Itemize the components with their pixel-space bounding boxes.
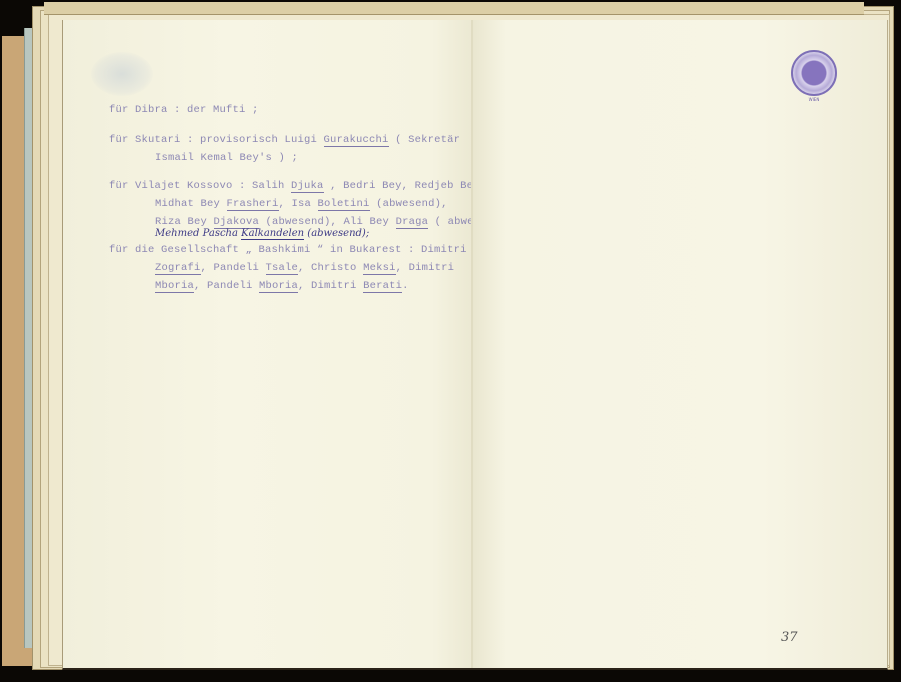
line-suffix: (abwesend),	[370, 198, 448, 210]
line-text: Riza Bey	[155, 216, 214, 228]
line-text: , Pandeli	[201, 262, 266, 274]
line-skutari-1: für Skutari : provisorisch Luigi Gurakuc…	[109, 134, 460, 146]
line-text: Salih	[252, 180, 291, 192]
line-mid: (abwesend), Ali Bey	[259, 216, 396, 228]
line-kossovo-2: Midhat Bey Frasheri, Isa Boletini (abwes…	[155, 198, 448, 210]
underlined-name: Draga	[396, 216, 429, 229]
line-kossovo-3: Riza Bey Djakova (abwesend), Ali Bey Dra…	[155, 216, 513, 228]
faded-stamp-icon	[91, 52, 153, 96]
line-prefix: für Dibra :	[109, 104, 187, 116]
underlined-name: Mboria	[259, 280, 298, 293]
line-suffix: , Dimitri	[396, 262, 455, 274]
line-mid: , Isa	[279, 198, 318, 210]
line-text: Ismail Kemal Bey's ) ;	[155, 152, 298, 164]
line-text: , Pandeli	[194, 280, 259, 292]
underlined-name: Berati	[363, 280, 402, 293]
line-mid: , Dimitri	[298, 280, 363, 292]
line-bukarest-2: Zografi, Pandeli Tsale, Christo Meksi, D…	[155, 262, 454, 274]
line-bukarest-1: für die Gesellschaft „ Bashkimi “ in Buk…	[109, 244, 467, 256]
line-suffix: (abwesend);	[304, 228, 369, 239]
underlined-name: Meksi	[363, 262, 396, 275]
line-prefix: für Vilajet Kossovo :	[109, 180, 252, 192]
line-suffix: , Bedri Bey, Redjeb Bey,	[324, 180, 487, 192]
document-spread: für Dibra : der Mufti ; für Skutari : pr…	[62, 20, 888, 670]
underlined-name: Gurakucchi	[324, 134, 389, 147]
line-text: Mehmed Pascha	[155, 228, 241, 239]
seal-label: WIEN	[799, 97, 829, 102]
official-seal-icon	[791, 50, 837, 96]
line-prefix: für Skutari :	[109, 134, 200, 146]
underlined-name: Zografi	[155, 262, 201, 275]
underlined-name: Boletini	[318, 198, 370, 211]
line-suffix: .	[402, 280, 409, 292]
top-page-edge	[44, 2, 864, 15]
line-bukarest-3: Mboria, Pandeli Mboria, Dimitri Berati.	[155, 280, 409, 292]
line-text: provisorisch Luigi	[200, 134, 324, 146]
line-kossovo-4-handwritten: Mehmed Pascha Kalkandelen (abwesend);	[155, 228, 369, 239]
left-page: für Dibra : der Mufti ; für Skutari : pr…	[63, 20, 473, 668]
line-text: „ Bashkimi “ in Bukarest : Dimitri	[246, 244, 467, 256]
underlined-name: Mboria	[155, 280, 194, 293]
line-dibra: für Dibra : der Mufti ;	[109, 104, 259, 116]
underlined-name: Tsale	[266, 262, 299, 275]
line-text: der Mufti ;	[187, 104, 259, 116]
underlined-name: Kalkandelen	[241, 228, 304, 240]
underlined-name: Djuka	[291, 180, 324, 193]
line-mid: , Christo	[298, 262, 363, 274]
line-skutari-2: Ismail Kemal Bey's ) ;	[155, 152, 298, 164]
line-text: Midhat Bey	[155, 198, 227, 210]
folio-number: 37	[781, 630, 798, 645]
underlined-name: Frasheri	[227, 198, 279, 211]
right-page	[473, 20, 887, 668]
line-prefix: für die Gesellschaft	[109, 244, 246, 256]
line-suffix: ( Sekretär	[389, 134, 461, 146]
line-kossovo-1: für Vilajet Kossovo : Salih Djuka , Bedr…	[109, 180, 486, 192]
